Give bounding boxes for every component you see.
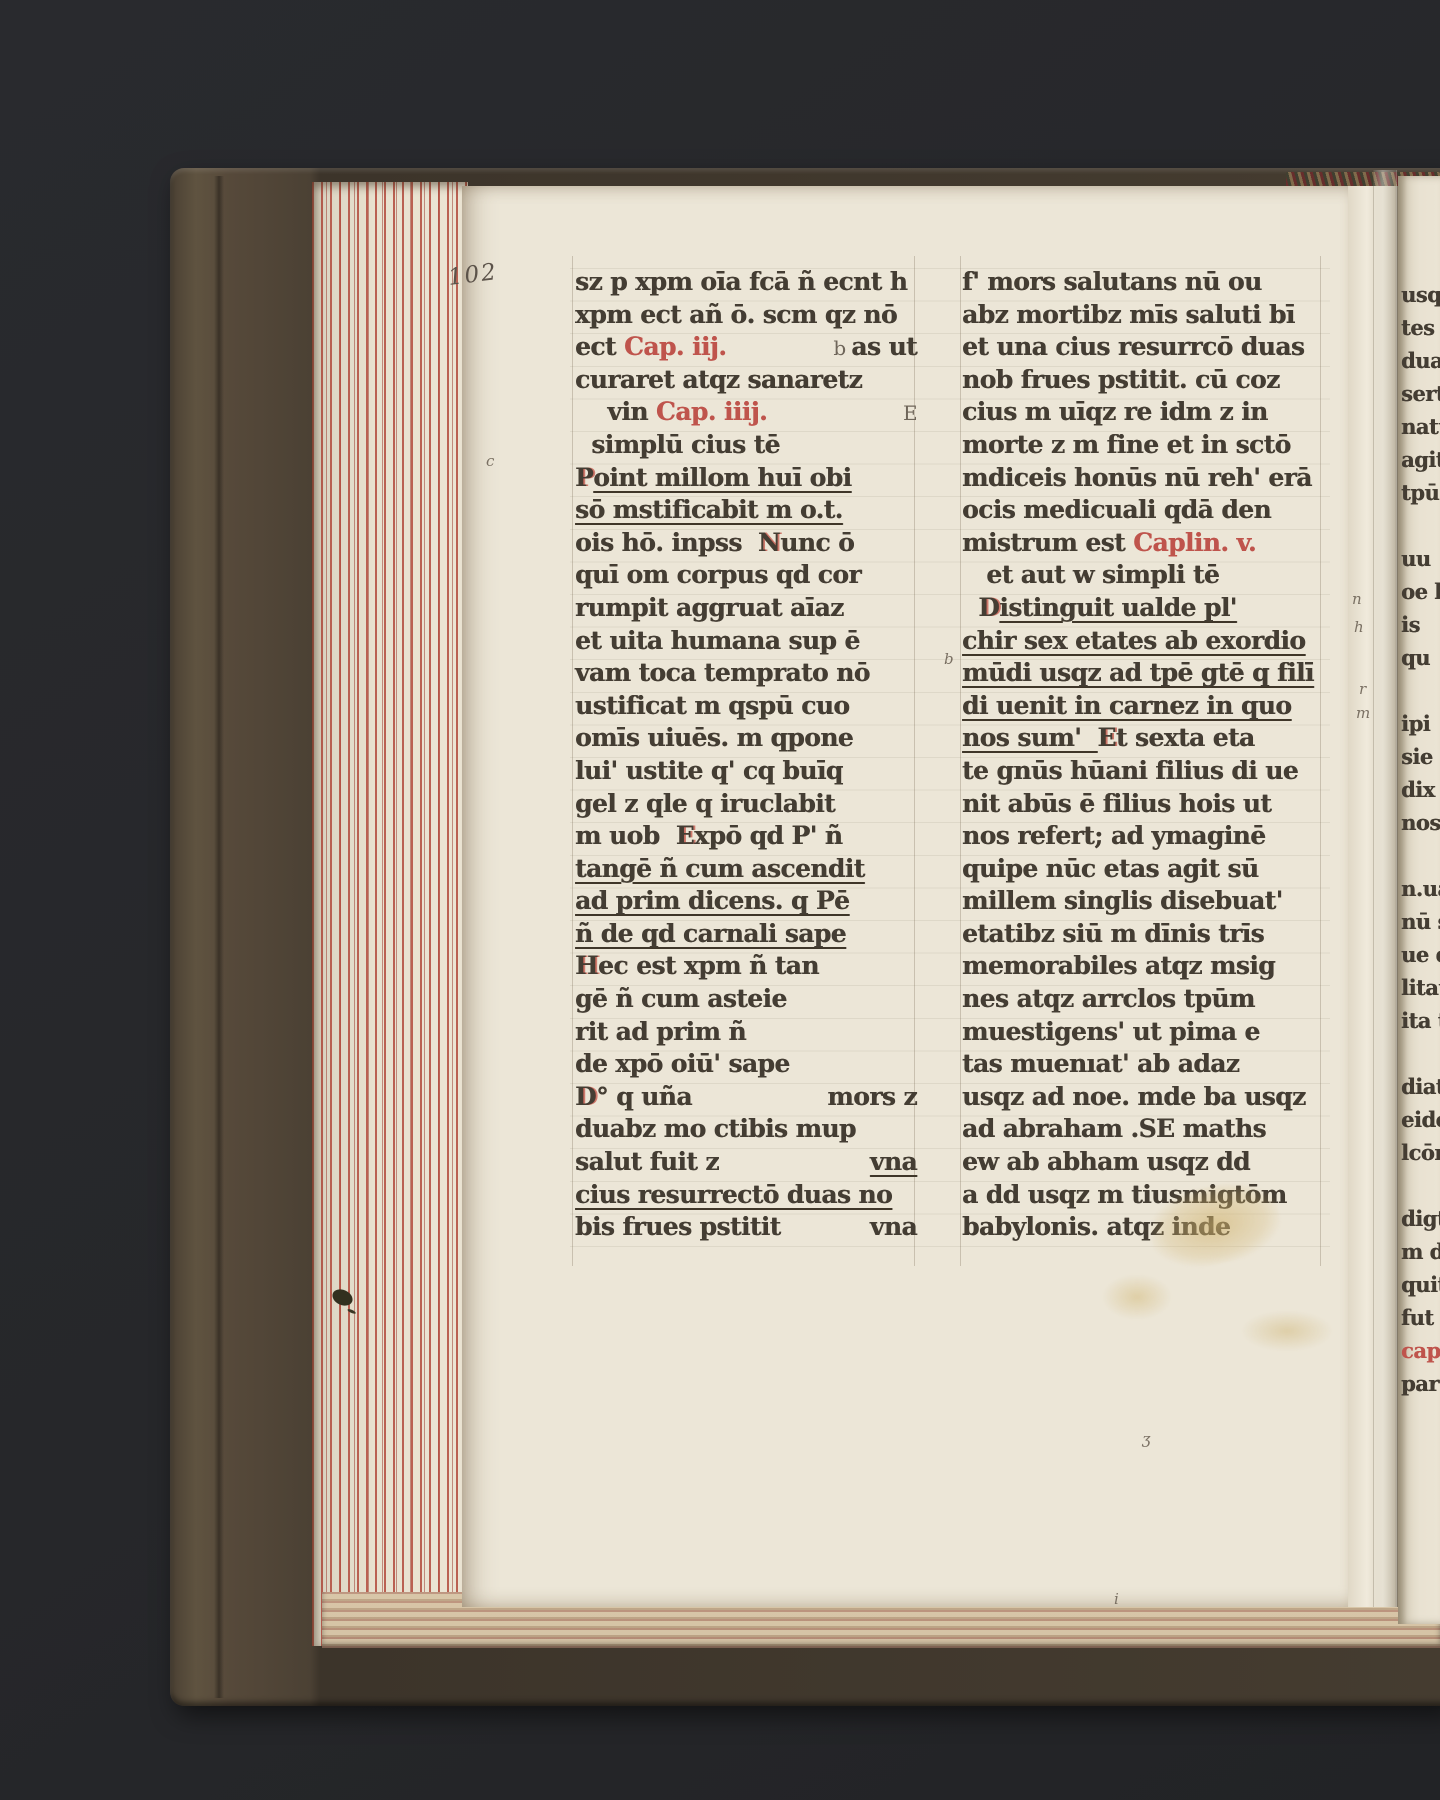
text-segment: dix m	[1401, 773, 1440, 806]
marginal-mark: r	[1359, 680, 1366, 698]
text-segment: vna	[870, 1211, 917, 1244]
text-segment: usqz ad noe. mde ba usqz	[962, 1081, 1306, 1114]
text-segment: curaret atqz sanaretz	[575, 364, 862, 397]
text-segment: rit ad prim ñ	[575, 1016, 746, 1049]
parchment-damage	[1102, 1274, 1172, 1320]
text-line: usqz ad noe. mde ba usqz	[962, 1081, 1324, 1114]
text-line: quipe nūc etas agit sū	[962, 853, 1324, 886]
text-segment: vin	[575, 396, 656, 429]
text-line: simplū cius tē	[575, 429, 917, 462]
text-segment: muestigens' ut pima e	[962, 1016, 1260, 1049]
text-segment: nū sū	[1401, 905, 1440, 938]
text-line: nob frues pstitit. cū coz	[962, 364, 1324, 397]
text-line: ipi	[1398, 707, 1440, 740]
text-segment: digtu	[1401, 1202, 1440, 1235]
rubric-text: Cap. iij.	[624, 331, 726, 364]
text-segment: ñ de qd carnali sape	[575, 918, 846, 951]
text-line: nes atqz arrclos tpūm	[962, 983, 1324, 1016]
text-line: fut	[1398, 1301, 1440, 1334]
text-line: litat	[1398, 971, 1440, 1004]
text-segment: ita t	[1401, 1004, 1440, 1037]
text-segment: vam toca temprato nō	[575, 657, 870, 690]
text-segment: usqz	[1401, 278, 1440, 311]
text-segment: memorabiles atqz msig	[962, 950, 1275, 983]
text-column-left: sz p xpm oīa fcā ñ ecnt hxpm ect añ ō. s…	[575, 266, 917, 1244]
text-segment: unc ō	[780, 527, 854, 560]
text-segment: dual	[1401, 344, 1440, 377]
text-line: xpm ect añ ō. scm qz nō	[575, 299, 917, 332]
text-segment: nos refert; ad ymaginē	[962, 820, 1265, 853]
text-line: bis frues pstitit vna	[575, 1211, 917, 1244]
text-line: mūdi usqz ad tpē gtē q filī	[962, 657, 1324, 690]
text-segment: agit	[1401, 443, 1440, 476]
text-line: de xpō oiū' sape	[575, 1048, 917, 1081]
text-segment: oint millom huī obi	[593, 462, 851, 495]
text-line: ue qd	[1398, 938, 1440, 971]
text-line: ñ de qd carnali sape	[575, 918, 917, 951]
text-segment: cius m uīqz re idm z in	[962, 396, 1268, 429]
text-segment: eidem	[1401, 1103, 1440, 1136]
text-line: ocis medicuali qdā den	[962, 494, 1324, 527]
text-line: Point millom huī obi	[575, 462, 917, 495]
text-line: m di	[1398, 1235, 1440, 1268]
text-segment: mūdi usqz ad tpē gtē q filī	[962, 657, 1314, 690]
text-segment: sz p xpm oīa fcā ñ ecnt h	[575, 266, 907, 299]
text-line: eidem	[1398, 1103, 1440, 1136]
text-segment: quipe nūc etas agit sū	[962, 853, 1258, 886]
text-line: duabz mo ctibis mup	[575, 1113, 917, 1146]
text-segment: tangē ñ cum ascendit	[575, 853, 865, 886]
next-page-sliver: usqztes edualserturnatuagittpūsuuoe lisq…	[1398, 176, 1440, 1624]
text-line: agit	[1398, 443, 1440, 476]
text-segment: et aut w simpli tē	[962, 559, 1219, 592]
text-segment: millem singlis disebuat'	[962, 885, 1283, 918]
text-line: gel z qle q iruclabit	[575, 788, 917, 821]
text-segment: m uob	[575, 820, 676, 853]
text-line: dix m	[1398, 773, 1440, 806]
text-line: mistrum est Caplin. v.	[962, 527, 1324, 560]
text-line: m uob Expō qd P' ñ	[575, 820, 917, 853]
text-line: lui' ustite q' cq buīq	[575, 755, 917, 788]
text-line: lcōnis	[1398, 1136, 1440, 1169]
text-segment: istinguit ualde pl'	[999, 592, 1236, 625]
text-line: et uita humana sup ē	[575, 625, 917, 658]
text-segment: mors z	[827, 1081, 917, 1114]
text-line: ois hō. inpss Nunc ō	[575, 527, 917, 560]
text-line: Distinguit ualde pl'	[962, 592, 1324, 625]
text-segment: ustificat m qspū cuo	[575, 690, 849, 723]
marginal-mark: ʒ	[1142, 1430, 1150, 1448]
text-line: sz p xpm oīa fcā ñ ecnt h	[575, 266, 917, 299]
marginal-mark: b	[944, 650, 954, 668]
marginal-mark: i	[1114, 1590, 1119, 1608]
text-segment: is	[1401, 608, 1420, 641]
text-line: ect Cap. iij.b as ut	[575, 331, 917, 364]
text-line: tpūs	[1398, 476, 1440, 509]
text-line: vin Cap. iiij.E	[575, 396, 917, 429]
text-line: etatibz siū m dīnis trīs	[962, 918, 1324, 951]
text-segment: de xpō oiū' sape	[575, 1048, 790, 1081]
text-segment: simplū cius tē	[575, 429, 780, 462]
text-line: ad prim dicens. q Pē	[575, 885, 917, 918]
text-column-sliver: usqztes edualserturnatuagittpūsuuoe lisq…	[1398, 278, 1440, 1400]
text-segment: m di	[1401, 1235, 1440, 1268]
text-line: n.ual	[1398, 872, 1440, 905]
text-segment: ec est xpm ñ tan	[598, 950, 819, 983]
text-line: te gnūs hūani filius di ue	[962, 755, 1324, 788]
text-segment: as ut	[851, 331, 917, 364]
text-line: millem singlis disebuat'	[962, 885, 1324, 918]
text-line: tes e	[1398, 311, 1440, 344]
text-segment: quit	[1401, 1268, 1440, 1301]
marginal-mark: m	[1356, 704, 1370, 722]
text-line: omīs uiuēs. m qpone	[575, 722, 917, 755]
text-line	[1398, 1169, 1440, 1202]
text-segment: f' mors salutans nū ou	[962, 266, 1262, 299]
text-line: ad abraham .SE maths	[962, 1113, 1324, 1146]
text-segment: quī om corpus qd cor	[575, 559, 861, 592]
text-segment: bis frues pstitit	[575, 1211, 789, 1244]
text-line: f' mors salutans nū ou	[962, 266, 1324, 299]
text-segment: uu	[1401, 542, 1431, 575]
marginal-mark: h	[1354, 618, 1364, 636]
text-line: memorabiles atqz msig	[962, 950, 1324, 983]
text-line	[1398, 839, 1440, 872]
text-segment: ad abraham .SE maths	[962, 1113, 1266, 1146]
text-line: nos sum' Et sexta eta	[962, 722, 1324, 755]
text-line: cius m uīqz re idm z in	[962, 396, 1324, 429]
text-line: oe l	[1398, 575, 1440, 608]
text-line: quī om corpus qd cor	[575, 559, 917, 592]
text-line: sertur	[1398, 377, 1440, 410]
text-line: nit abūs ē filius hois ut	[962, 788, 1324, 821]
text-line: dual	[1398, 344, 1440, 377]
manuscript-page: sz p xpm oīa fcā ñ ecnt hxpm ect añ ō. s…	[462, 186, 1348, 1607]
text-line: uu	[1398, 542, 1440, 575]
text-line: curaret atqz sanaretz	[575, 364, 917, 397]
text-segment: rumpit aggruat aīaz	[575, 592, 844, 625]
text-column-right: f' mors salutans nū ouabz mortibz mīs sa…	[962, 266, 1324, 1244]
text-line: rit ad prim ñ	[575, 1016, 917, 1049]
rubric-text: Caplin. v.	[1133, 527, 1256, 560]
text-line: tangē ñ cum ascendit	[575, 853, 917, 886]
text-segment: gel z qle q iruclabit	[575, 788, 835, 821]
text-segment: ° q uña	[596, 1081, 700, 1114]
text-line: abz mortibz mīs saluti bī	[962, 299, 1324, 332]
text-line: ustificat m qspū cuo	[575, 690, 917, 723]
text-line: cap	[1398, 1334, 1440, 1367]
text-segment: oe l	[1401, 575, 1440, 608]
text-segment: litat	[1401, 971, 1440, 1004]
text-segment: b	[833, 332, 851, 365]
text-segment: t sexta eta	[1116, 722, 1255, 755]
text-segment: sō mstificabit m o.t.	[575, 494, 843, 527]
text-segment: morte z m fine et in sctō	[962, 429, 1291, 462]
text-line: nū sū	[1398, 905, 1440, 938]
text-line: mdiceis honūs nū reh' erā	[962, 462, 1324, 495]
text-segment: N	[758, 527, 780, 560]
text-segment: ue qd	[1401, 938, 1440, 971]
text-segment: H	[575, 950, 598, 983]
text-line	[1398, 674, 1440, 707]
text-segment: E	[903, 397, 917, 430]
rubric-text: Cap. iiij.	[656, 396, 767, 429]
transparent-strip	[1374, 170, 1396, 1607]
text-line: muestigens' ut pima e	[962, 1016, 1324, 1049]
text-segment: cius resurrectō duas no	[575, 1179, 892, 1212]
text-segment: natu	[1401, 410, 1440, 443]
text-line: digtu	[1398, 1202, 1440, 1235]
text-line: qu	[1398, 641, 1440, 674]
text-segment: gē ñ cum asteie	[575, 983, 787, 1016]
text-segment: et una cius resurrcō duas	[962, 331, 1304, 364]
cover-crease	[214, 176, 224, 1698]
text-segment: ocis medicuali qdā den	[962, 494, 1271, 527]
text-line	[1398, 509, 1440, 542]
text-segment: ipi	[1401, 707, 1430, 740]
parchment-damage	[1242, 1311, 1332, 1351]
text-segment: nit abūs ē filius hois ut	[962, 788, 1271, 821]
text-segment: sie m	[1401, 740, 1440, 773]
text-line: vam toca temprato nō	[575, 657, 917, 690]
text-segment: xpm ect añ ō. scm qz nō	[575, 299, 897, 332]
text-line: gē ñ cum asteie	[575, 983, 917, 1016]
text-segment: xpō qd P' ñ	[694, 820, 842, 853]
text-segment: n.ual	[1401, 872, 1440, 905]
text-line: D° q uña mors z	[575, 1081, 917, 1114]
text-segment: D	[962, 592, 999, 625]
text-line: ita t	[1398, 1004, 1440, 1037]
text-line: salut fuit z vna	[575, 1146, 917, 1179]
text-line: natu	[1398, 410, 1440, 443]
text-segment: abz mortibz mīs saluti bī	[962, 299, 1295, 332]
text-line: rumpit aggruat aīaz	[575, 592, 917, 625]
text-segment: etatibz siū m dīnis trīs	[962, 918, 1264, 951]
text-segment: duabz mo ctibis mup	[575, 1113, 856, 1146]
text-segment: tpūs	[1401, 476, 1440, 509]
text-line: tas muenıat' ab adaz	[962, 1048, 1324, 1081]
text-line: Hec est xpm ñ tan	[575, 950, 917, 983]
text-segment: lcōnis	[1401, 1136, 1440, 1169]
text-segment: nos	[1401, 806, 1440, 839]
text-segment: ew ab abham usqz dd	[962, 1146, 1250, 1179]
text-segment: mistrum est	[962, 527, 1133, 560]
rubric-text: cap	[1401, 1334, 1440, 1367]
text-segment: nos sum'	[962, 722, 1097, 755]
text-line: par	[1398, 1367, 1440, 1400]
text-line: nos	[1398, 806, 1440, 839]
text-line: et una cius resurrcō duas	[962, 331, 1324, 364]
red-stained-page-edges	[312, 182, 468, 1646]
text-line: nos refert; ad ymaginē	[962, 820, 1324, 853]
text-segment: ois hō. inpss	[575, 527, 758, 560]
text-segment: te gnūs hūani filius di ue	[962, 755, 1298, 788]
text-line: morte z m fine et in sctō	[962, 429, 1324, 462]
text-segment: P	[575, 462, 593, 495]
text-line: chir sex etates ab exordio	[962, 625, 1324, 658]
text-segment: et uita humana sup ē	[575, 625, 860, 658]
text-segment: E	[676, 820, 694, 853]
text-segment: par	[1401, 1367, 1439, 1400]
text-segment: tas muenıat' ab adaz	[962, 1048, 1239, 1081]
text-segment: vna	[870, 1146, 917, 1179]
column-ruling	[960, 256, 961, 1266]
text-segment: chir sex etates ab exordio	[962, 625, 1305, 658]
text-segment: mdiceis honūs nū reh' erā	[962, 462, 1312, 495]
text-line: usqz	[1398, 278, 1440, 311]
text-segment: salut fuit z	[575, 1146, 727, 1179]
marginal-mark: c	[486, 452, 494, 470]
text-segment: fut	[1401, 1301, 1434, 1334]
text-segment: ect	[575, 331, 624, 364]
text-line: sie m	[1398, 740, 1440, 773]
text-line: diato	[1398, 1070, 1440, 1103]
text-segment: tes e	[1401, 311, 1440, 344]
text-segment: E	[1097, 722, 1115, 755]
text-line: di uenit in carnez in quo	[962, 690, 1324, 723]
text-segment: nes atqz arrclos tpūm	[962, 983, 1255, 1016]
text-segment: ad prim dicens. q Pē	[575, 885, 849, 918]
text-line	[1398, 1037, 1440, 1070]
text-segment: omīs uiuēs. m qpone	[575, 722, 853, 755]
text-segment: D	[575, 1081, 596, 1114]
text-segment: di uenit in carnez in quo	[962, 690, 1291, 723]
text-segment: diato	[1401, 1070, 1440, 1103]
text-line: sō mstificabit m o.t.	[575, 494, 917, 527]
marginal-mark: n	[1352, 590, 1362, 608]
text-line: cius resurrectō duas no	[575, 1179, 917, 1212]
text-line: et aut w simpli tē	[962, 559, 1324, 592]
text-segment: qu	[1401, 641, 1430, 674]
text-segment: lui' ustite q' cq buīq	[575, 755, 843, 788]
text-line: quit	[1398, 1268, 1440, 1301]
text-line: is	[1398, 608, 1440, 641]
text-segment: nob frues pstitit. cū coz	[962, 364, 1280, 397]
column-ruling	[572, 256, 573, 1266]
text-segment: sertur	[1401, 377, 1440, 410]
